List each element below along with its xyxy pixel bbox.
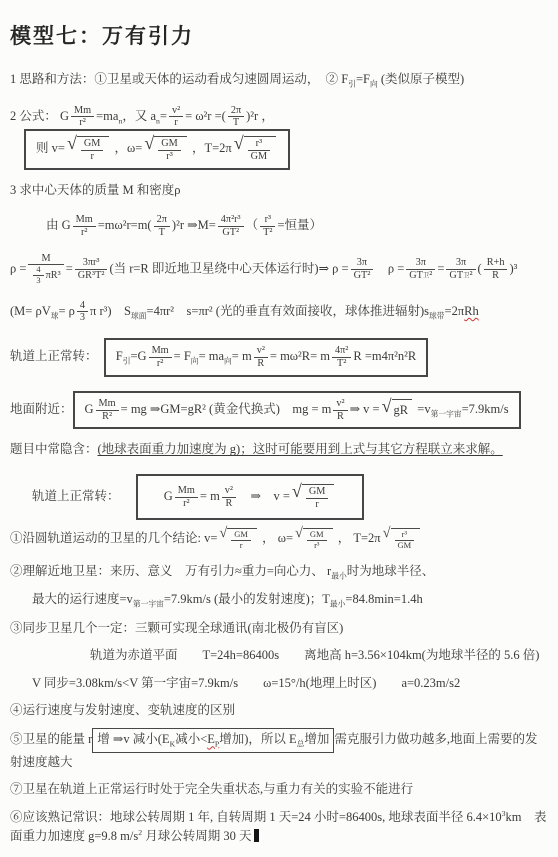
radicand: GMr xyxy=(227,528,257,551)
fraction-numerator: 3πr³ xyxy=(75,257,108,270)
radicand: GMr³ xyxy=(303,528,333,551)
text-run: 题目中常隐含： xyxy=(10,442,98,456)
text-run: (当 r=R 即近地卫星绕中心天体运行时)⇒ ρ = xyxy=(109,261,348,275)
text-run: （ xyxy=(246,218,259,232)
text-run: 增加 xyxy=(304,732,329,746)
fraction: Mmr² xyxy=(149,345,172,370)
text-run: 2 公式： G xyxy=(10,109,69,123)
fraction-denominator: T xyxy=(154,227,170,239)
square-root: √GMr xyxy=(219,528,257,551)
fraction-denominator: r² xyxy=(149,358,172,370)
fraction-numerator: r³ xyxy=(248,138,271,151)
text-run: )³ xyxy=(509,261,517,275)
formula-box: F引=GMmr²= F向= ma向= mv²R= mω²R= m4π²T²R =… xyxy=(104,338,429,377)
fraction-numerator: v² xyxy=(222,485,236,498)
fraction-denominator: GT² xyxy=(218,227,244,239)
text-run: = m xyxy=(232,349,252,363)
subscript: 向 xyxy=(370,80,378,89)
fraction-denominator: GT卫² xyxy=(446,270,475,282)
line-formula-main: 2 公式： GMmr²=man，又 an=v²r= ω²r =(2πT)²r ，… xyxy=(10,105,550,170)
fraction: v²r xyxy=(169,105,183,130)
text-run: ρ = xyxy=(10,261,26,275)
spellcheck-underline: EP xyxy=(207,732,219,746)
fraction: GMr xyxy=(306,486,329,511)
text-run: 轨道上正常转： xyxy=(32,489,126,503)
fraction: v²R xyxy=(222,485,236,510)
text-run: 增 ⇒v 减小(E xyxy=(97,732,169,746)
line-conclusion-2: ②理解近地卫星：来历、意义 万有引力≈重力=向心力、 r最小时为地球半径、 xyxy=(10,562,550,583)
text-run: 时为地球半径、 xyxy=(347,564,435,578)
text-run: ² xyxy=(429,270,432,282)
fraction: Mmr² xyxy=(175,485,198,510)
text-run: ρ = xyxy=(375,261,404,275)
radicand: GMr xyxy=(302,484,335,511)
text-run: =84.8min=1.4h xyxy=(345,592,422,606)
radicand: GMr³ xyxy=(154,136,187,163)
text-run: =G xyxy=(130,349,146,363)
text-run: = F xyxy=(174,349,191,363)
text-run: ⑥应该熟记常识：地球公转周期 1 年, 自转周期 1 天=24 小时=86400… xyxy=(10,810,502,824)
text-run: ②理解近地卫星：来历、意义 万有引力≈重力=向心力、 r xyxy=(10,564,331,578)
line-hidden-condition: 题目中常隐含：(地球表面重力加速度为 g)；这时可能要用到上式与其它方程联立来求… xyxy=(10,440,550,459)
fraction: GMr xyxy=(231,530,251,551)
document-page: 模型七：万有引力 1 思路和方法：①卫星或天体的运动看成匀速圆周运动， ② F引… xyxy=(0,0,558,857)
radical-sign-icon: √ xyxy=(292,483,302,499)
fraction-numerator: GM xyxy=(81,138,104,151)
fraction: 3πGT卫² xyxy=(446,257,475,282)
fraction-denominator: 3 xyxy=(77,312,88,324)
fraction: 4π²r³GT² xyxy=(218,214,244,239)
text-run: 增加)，所以 E xyxy=(219,732,296,746)
fraction-denominator: GM xyxy=(395,541,415,551)
subscript: 球带 xyxy=(429,311,445,320)
fraction: R+hR xyxy=(484,257,508,282)
square-root: √r³GM xyxy=(383,528,421,551)
text-run: =mω²r=m( xyxy=(98,218,152,232)
square-root: √GMr xyxy=(292,484,334,511)
text-run: (类似原子模型) xyxy=(378,72,464,86)
fraction-denominator: GM xyxy=(248,151,271,163)
fraction: r³GM xyxy=(248,138,271,163)
line-conclusion-4: ④运行速度与发射速度、变轨速度的区别 xyxy=(10,701,550,720)
text-run: ，又 a xyxy=(122,109,156,123)
line-conclusion-3b: 轨道为赤道平面 T=24h=86400s 离地高 h=3.56×104km(为地… xyxy=(90,646,550,665)
subscript: 向 xyxy=(224,357,232,366)
text-run: π r³) S xyxy=(90,304,131,318)
fraction-denominator: T xyxy=(228,117,244,129)
fraction-numerator: Mm xyxy=(96,398,119,411)
text-run: = xyxy=(66,261,73,275)
fraction-numerator: R+h xyxy=(484,257,508,270)
text-run: ，ω= xyxy=(111,141,142,155)
fraction-denominator: r xyxy=(306,499,329,511)
text-run: ，T=2π xyxy=(189,141,232,155)
fraction-numerator: r³ xyxy=(260,214,275,227)
text-run: 则 v= xyxy=(36,141,65,155)
fraction-numerator: Mm xyxy=(71,105,94,118)
fraction: GMr xyxy=(81,138,104,163)
square-root: √r³GM xyxy=(234,136,276,163)
fraction-numerator: 4π²r³ xyxy=(218,214,244,227)
fraction: GMr³ xyxy=(307,530,327,551)
line-methods: 1 思路和方法：①卫星或天体的运动看成匀速圆周运动， ② F引=F向 (类似原子… xyxy=(10,70,550,91)
text-run: = m xyxy=(200,489,220,503)
text-run: 1 思路和方法：①卫星或天体的运动看成匀速圆周运动， ② F xyxy=(10,72,348,86)
text-run: ⇒ v = xyxy=(238,489,290,503)
fraction-numerator: 4 xyxy=(77,300,88,313)
text-run: ①沿圆轨道运动的卫星的几个结论: v= xyxy=(10,531,217,545)
text-run: G xyxy=(85,402,94,416)
fraction-numerator: 2π xyxy=(228,105,244,118)
formula-box: GMmr²= mv²R ⇒ v =√GMr xyxy=(136,474,365,521)
subscript: 引 xyxy=(348,80,356,89)
fraction-denominator: r xyxy=(81,151,104,163)
fraction-numerator: v² xyxy=(254,345,268,358)
text-cursor xyxy=(254,829,259,842)
text-run: 轨道为赤道平面 T=24h=86400s 离地高 h=3.56×104km(为地… xyxy=(90,648,539,662)
fraction-numerator: 3π xyxy=(446,257,475,270)
fraction: 3πGT² xyxy=(351,257,374,282)
text-run: G xyxy=(164,489,173,503)
text-run: )²r ， xyxy=(246,109,274,123)
text-run: R =m4π²n²R xyxy=(353,349,416,363)
text-run: ⇒ v = xyxy=(350,402,380,416)
fraction-denominator: r xyxy=(231,541,251,551)
radicand: gR xyxy=(392,399,413,420)
fraction: 2πT xyxy=(154,214,170,239)
text-run: F xyxy=(116,349,123,363)
fraction-denominator: GT卫² xyxy=(406,270,435,282)
fraction-denominator: r³ xyxy=(307,541,327,551)
fraction-numerator: v² xyxy=(169,105,183,118)
radical-sign-icon: √ xyxy=(219,527,227,540)
fraction-denominator: r³ xyxy=(158,151,181,163)
text-run: = ω²r =( xyxy=(185,109,226,123)
line-mass-derivation: 由 GMmr²=mω²r=m(2πT)²r ⇒M=4π²r³GT²（r³T²=恒… xyxy=(46,214,550,239)
text-run: ③同步卫星几个一定：三颗可实现全球通讯(南北极仍有盲区) xyxy=(10,621,343,635)
fraction-numerator: Mm xyxy=(149,345,172,358)
fraction: v²R xyxy=(333,398,347,423)
text-run: GT xyxy=(449,270,463,282)
fraction-denominator: R xyxy=(484,270,508,282)
fraction-denominator: r xyxy=(169,117,183,129)
text-run: = mω²R= m xyxy=(270,349,330,363)
subscript: 向 xyxy=(191,357,199,366)
fraction: GMr³ xyxy=(158,138,181,163)
text-run: = ma xyxy=(199,349,224,363)
text-run: 3 求中心天体的质量 M 和密度ρ xyxy=(10,183,180,197)
radical-sign-icon: √ xyxy=(383,527,391,540)
fraction: 43 xyxy=(33,265,43,285)
line-conclusion-6: ⑥应该熟记常识：地球公转周期 1 年, 自转周期 1 天=24 小时=86400… xyxy=(10,808,550,847)
fraction-numerator: 2π xyxy=(154,214,170,227)
fraction-denominator: R² xyxy=(96,411,119,423)
text-run: = xyxy=(160,109,167,123)
line-conclusion-3: ③同步卫星几个一定：三颗可实现全球通讯(南北极仍有盲区) xyxy=(10,619,550,638)
text-run: ⑤卫星的能量 r xyxy=(10,732,92,746)
fraction: v²R xyxy=(254,345,268,370)
fraction-denominator: T² xyxy=(332,358,351,370)
text-run: V 同步=3.08km/s<V 第一宇宙=7.9km/s ω=15°/h(地理上… xyxy=(32,676,460,690)
line-conclusion-3c: V 同步=3.08km/s<V 第一宇宙=7.9km/s ω=15°/h(地理上… xyxy=(32,674,550,693)
text-run: 轨道上正常转： xyxy=(10,349,104,363)
text-run: )²r ⇒M= xyxy=(172,218,216,232)
fraction-denominator: r² xyxy=(71,117,94,129)
text-run: (M= ρV xyxy=(10,304,51,318)
line-conclusion-1: ①沿圆轨道运动的卫星的几个结论: v=√GMr ， ω=√GMr³ ， T=2π… xyxy=(10,528,550,551)
fraction-denominator: r² xyxy=(73,227,96,239)
line-density-derivation: ρ =M43πR³=3πr³GR³T²(当 r=R 即近地卫星绕中心天体运行时)… xyxy=(10,253,550,286)
document-body[interactable]: 1 思路和方法：①卫星或天体的运动看成匀速圆周运动， ② F引=F向 (类似原子… xyxy=(10,70,550,847)
text-run: GT xyxy=(409,270,423,282)
radical-sign-icon: √ xyxy=(295,527,303,540)
fraction: Mmr² xyxy=(73,214,96,239)
line-sphere-areas: (M= ρV球= ρ43π r³) S球面=4πr² s=πr² (光的垂直有效… xyxy=(10,300,550,325)
radical-sign-icon: √ xyxy=(382,398,392,414)
line-orbit-normal-2: 轨道上正常转： GMmr²= mv²R ⇒ v =√GMr xyxy=(32,474,550,521)
fraction-denominator: 43πR³ xyxy=(28,265,63,285)
text-run: 月球公转周期 30 天 xyxy=(142,829,251,843)
radical-sign-icon: √ xyxy=(234,135,244,151)
formula-box: 增 ⇒v 减小(EK减小<EP增加)，所以 E总增加 xyxy=(92,728,334,753)
subscript: 球面 xyxy=(131,311,147,320)
text-run: ， T=2π xyxy=(335,531,381,545)
text-run: 最大的运行速度=v xyxy=(32,592,133,606)
fraction-denominator: R xyxy=(222,498,236,510)
text-run: =7.9km/s xyxy=(462,402,509,416)
fraction-numerator: Mm xyxy=(175,485,198,498)
fraction: Mmr² xyxy=(71,105,94,130)
text-run: =4πr² s=πr² (光的垂直有效面接收，球体推进辐射)s xyxy=(147,304,429,318)
radicand: r³GM xyxy=(391,528,421,551)
text-run: = ρ xyxy=(58,304,74,318)
fraction-numerator: 4 xyxy=(33,265,43,276)
line-conclusion-7: ⑦卫星在轨道上正常运行时处于完全失重状态,与重力有关的实验不能进行 xyxy=(10,780,550,799)
fraction-denominator: r² xyxy=(175,498,198,510)
subscript: 第一宇宙 xyxy=(431,409,462,418)
subscript: 最小 xyxy=(330,600,346,609)
text-run: =2π xyxy=(445,304,465,318)
line-conclusion-5: ⑤卫星的能量 r增 ⇒v 减小(EK减小<EP增加)，所以 E总增加需克服引力做… xyxy=(10,728,550,772)
fraction-numerator: 3π xyxy=(406,257,435,270)
text-run: = xyxy=(437,261,444,275)
fraction-denominator: R xyxy=(333,411,347,423)
text-run: πR³ xyxy=(46,270,61,282)
fraction-denominator: T² xyxy=(260,227,275,239)
fraction-denominator: GT² xyxy=(351,270,374,282)
text-run: =7.9km/s (最小的发射速度)；T xyxy=(164,592,330,606)
square-root: √GMr³ xyxy=(295,528,333,551)
subscript: 最小 xyxy=(331,571,347,580)
text-run: ， ω= xyxy=(259,531,293,545)
radicand: GMr xyxy=(77,136,110,163)
fraction: 2πT xyxy=(228,105,244,130)
text-run: =v xyxy=(414,402,430,416)
fraction-numerator: v² xyxy=(333,398,347,411)
line-orbit-normal-1: 轨道上正常转： F引=GMmr²= F向= ma向= mv²R= mω²R= m… xyxy=(10,338,550,377)
spellcheck-underline: Rh xyxy=(464,304,479,318)
text-run: =ma xyxy=(96,109,118,123)
fraction-numerator: 4π² xyxy=(332,345,351,358)
formula-box: GMmR²= mg ⇒GM=gR² (黄金代换式) mg = mv²R⇒ v =… xyxy=(73,391,521,430)
fraction: M43πR³ xyxy=(28,253,63,286)
text-run: ⑦卫星在轨道上正常运行时处于完全失重状态,与重力有关的实验不能进行 xyxy=(10,782,413,796)
fraction: r³GM xyxy=(395,530,415,551)
fraction-numerator: GM xyxy=(158,138,181,151)
fraction: 3πr³GR³T² xyxy=(75,257,108,282)
radical-sign-icon: √ xyxy=(144,135,154,151)
fraction: 4π²T² xyxy=(332,345,351,370)
text-run: =F xyxy=(356,72,370,86)
line-conclusion-2b: 最大的运行速度=v第一宇宙=7.9km/s (最小的发射速度)；T最小=84.8… xyxy=(32,590,550,611)
square-root: √GMr xyxy=(67,136,109,163)
fraction: 43 xyxy=(77,300,88,325)
text-run: ( xyxy=(478,261,482,275)
text-run: ④运行速度与发射速度、变轨速度的区别 xyxy=(10,703,235,717)
text-run: 地面附近： xyxy=(10,402,73,416)
text-run: = mg ⇒GM=gR² (黄金代换式) mg = m xyxy=(121,402,332,416)
fraction: r³T² xyxy=(260,214,275,239)
underlined-text: (地球表面重力加速度为 g)；这时可能要用到上式与其它方程联立来求解。 xyxy=(98,442,503,456)
text-run: 由 G xyxy=(46,218,71,232)
subscript: 第一宇宙 xyxy=(133,600,164,609)
text-run: ² xyxy=(469,270,472,282)
formula-box: 则 v=√GMr ，ω=√GMr³ ，T=2π√r³GM xyxy=(24,129,290,170)
square-root: √gR xyxy=(382,399,413,420)
fraction-denominator: R xyxy=(254,358,268,370)
fraction-numerator: GM xyxy=(306,486,329,499)
fraction: 3πGT卫² xyxy=(406,257,435,282)
line-section3-heading: 3 求中心天体的质量 M 和密度ρ xyxy=(10,181,550,200)
radical-sign-icon: √ xyxy=(67,135,77,151)
fraction: MmR² xyxy=(96,398,119,423)
fraction-denominator: 3 xyxy=(33,276,43,286)
text-run: 减小< xyxy=(175,732,207,746)
text-run: =恒量） xyxy=(277,218,322,232)
radicand: r³GM xyxy=(244,136,277,163)
fraction-numerator: Mm xyxy=(73,214,96,227)
line-near-ground: 地面附近：GMmR²= mg ⇒GM=gR² (黄金代换式) mg = mv²R… xyxy=(10,391,550,430)
text-run: E xyxy=(207,732,215,746)
fraction-numerator: M xyxy=(28,253,63,266)
page-title: 模型七：万有引力 xyxy=(10,20,550,50)
fraction-numerator: 3π xyxy=(351,257,374,270)
square-root: √GMr³ xyxy=(144,136,186,163)
fraction-denominator: GR³T² xyxy=(75,270,108,282)
